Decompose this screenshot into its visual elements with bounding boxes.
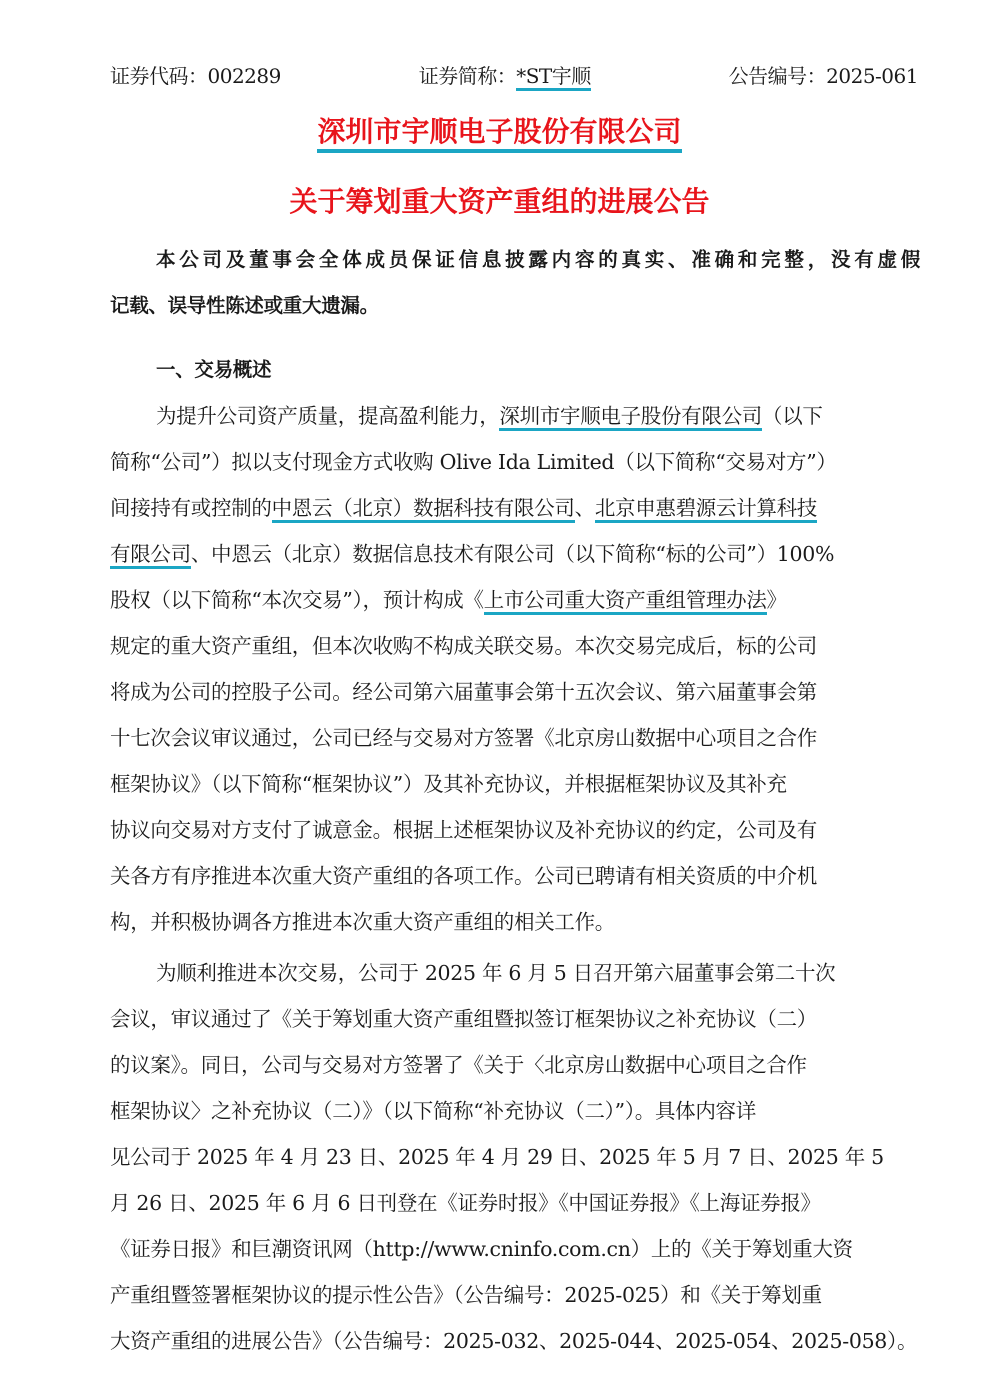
stock-abbr-link[interactable]: *ST宇顺 [516, 64, 591, 91]
para2-line-8: 产重组暨签署框架协议的提示性公告》（公告编号：2025-025）和《关于筹划重 [110, 1279, 920, 1311]
para2-line-2: 会议，审议通过了《关于筹划重大资产重组暨拟签订框架协议之补充协议（二） [110, 1003, 920, 1035]
statement-line-1: 本公司及董事会全体成员保证信息披露内容的真实、准确和完整，没有虚假 [156, 244, 920, 276]
para2-line-7: 《证券日报》和巨潮资讯网（http://www.cninfo.com.cn）上的… [110, 1233, 920, 1265]
stock-abbr-label: 证券简称： [419, 64, 517, 88]
announcement-title: 关于筹划重大资产重组的进展公告 [0, 180, 999, 220]
para2-line-3: 的议案》。同日，公司与交易对方签署了《关于〈北京房山数据中心项目之合作 [110, 1049, 920, 1081]
company-link[interactable]: 深圳市宇顺电子股份有限公司 [499, 404, 762, 431]
text-run: 、 [575, 496, 595, 520]
para1-line-2: 简称“公司”）拟以支付现金方式收购 Olive Ida Limited（以下简称… [110, 446, 920, 478]
text-run: 间接持有或控制的 [110, 496, 272, 520]
para2-line-6: 月 26 日、2025 年 6 月 6 日刊登在《证券时报》《中国证券报》《上海… [110, 1187, 920, 1219]
para1-line-6: 规定的重大资产重组，但本次收购不构成关联交易。本次交易完成后，标的公司 [110, 630, 920, 662]
section-heading: 一、交易概述 [156, 354, 920, 386]
document-page: 证券代码：002289 证券简称：*ST宇顺 公告编号：2025-061 深圳市… [0, 0, 999, 1375]
regulation-link[interactable]: 上市公司重大资产重组管理办法 [484, 588, 767, 615]
para1-line-8: 十七次会议审议通过，公司已经与交易对方签署《北京房山数据中心项目之合作 [110, 722, 920, 754]
document-header: 证券代码：002289 证券简称：*ST宇顺 公告编号：2025-061 [110, 58, 918, 90]
target-company-link-1[interactable]: 中恩云（北京）数据科技有限公司 [272, 496, 575, 523]
para1-line-7: 将成为公司的控股子公司。经公司第六届董事会第十五次会议、第六届董事会第 [110, 676, 920, 708]
stock-abbreviation: 证券简称：*ST宇顺 [419, 60, 591, 89]
text-run: 》 [767, 588, 787, 612]
para1-line-4: 有限公司、中恩云（北京）数据信息技术有限公司（以下简称“标的公司”）100% [110, 538, 920, 570]
para2-line-9: 大资产重组的进展公告》（公告编号：2025-032、2025-044、2025-… [110, 1325, 920, 1357]
target-company-link-2[interactable]: 北京申惠碧源云计算科技 [595, 496, 817, 523]
stock-code: 证券代码：002289 [110, 60, 281, 89]
target-company-link-2-cont[interactable]: 有限公司 [110, 542, 191, 569]
para1-line-3: 间接持有或控制的中恩云（北京）数据科技有限公司、北京申惠碧源云计算科技 [110, 492, 920, 524]
company-title-link[interactable]: 深圳市宇顺电子股份有限公司 [317, 115, 681, 153]
para1-line-1: 为提升公司资产质量，提高盈利能力，深圳市宇顺电子股份有限公司（以下 [156, 400, 920, 432]
para1-line-9: 框架协议》（以下简称“框架协议”）及其补充协议，并根据框架协议及其补充 [110, 768, 920, 800]
statement-line-2: 记载、误导性陈述或重大遗漏。 [110, 290, 920, 322]
company-title: 深圳市宇顺电子股份有限公司 [0, 110, 999, 150]
para2-line-1: 为顺利推进本次交易，公司于 2025 年 6 月 5 日召开第六届董事会第二十次 [156, 957, 920, 989]
notice-number: 公告编号：2025-061 [729, 60, 918, 89]
para2-line-5: 见公司于 2025 年 4 月 23 日、2025 年 4 月 29 日、202… [110, 1141, 920, 1173]
text-run: 为提升公司资产质量，提高盈利能力， [156, 404, 499, 428]
text-run: （以下 [762, 404, 823, 428]
para1-line-10: 协议向交易对方支付了诚意金。根据上述框架协议及补充协议的约定，公司及有 [110, 814, 920, 846]
para2-line-4: 框架协议〉之补充协议（二）》（以下简称“补充协议（二）”）。具体内容详 [110, 1095, 920, 1127]
para1-line-5: 股权（以下简称“本次交易”），预计构成《上市公司重大资产重组管理办法》 [110, 584, 920, 616]
text-run: 、中恩云（北京）数据信息技术有限公司（以下简称“标的公司”）100% [191, 542, 834, 566]
para1-line-11: 关各方有序推进本次重大资产重组的各项工作。公司已聘请有相关资质的中介机 [110, 860, 920, 892]
text-run: 股权（以下简称“本次交易”），预计构成《 [110, 588, 484, 612]
para1-line-12: 构，并积极协调各方推进本次重大资产重组的相关工作。 [110, 906, 920, 938]
